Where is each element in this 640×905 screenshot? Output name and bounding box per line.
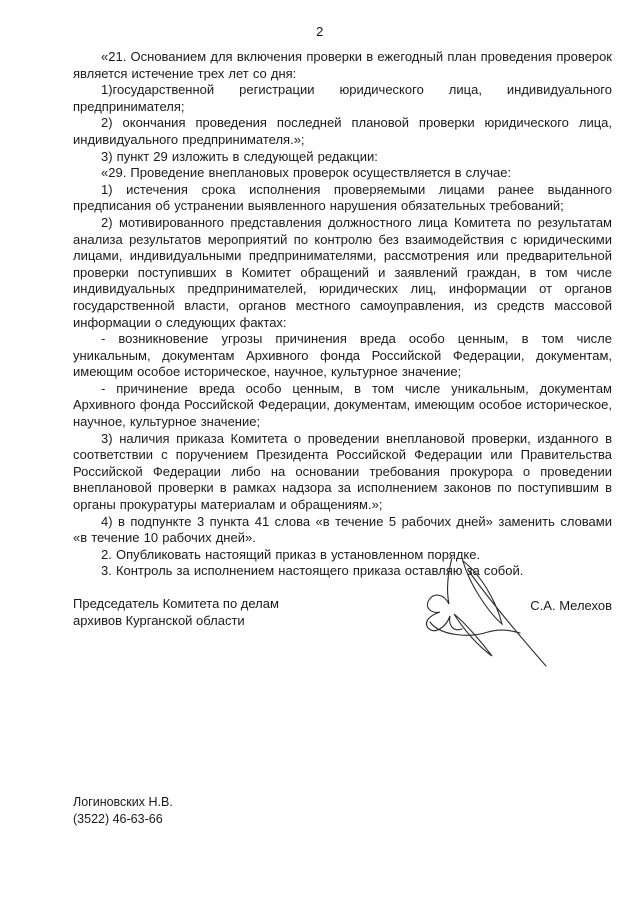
paragraph: 2) окончания проведения последней планов… bbox=[73, 115, 612, 148]
executor-phone: (3522) 46-63-66 bbox=[73, 811, 173, 828]
executor-name: Логиновских Н.В. bbox=[73, 794, 173, 811]
handwritten-signature-icon bbox=[410, 552, 550, 672]
paragraph: - возникновение угрозы причинения вреда … bbox=[73, 331, 612, 381]
document-page: 2 «21. Основанием для включения проверки… bbox=[0, 0, 640, 905]
paragraph: 3) пункт 29 изложить в следующей редакци… bbox=[73, 149, 612, 166]
paragraph: 2) мотивированного представления должнос… bbox=[73, 215, 612, 331]
paragraph: - причинение вреда особо ценным, в том ч… bbox=[73, 381, 612, 431]
page-number: 2 bbox=[0, 24, 640, 39]
executor-contact-block: Логиновских Н.В. (3522) 46-63-66 bbox=[73, 794, 173, 827]
signature-block: Председатель Комитета по делам архивов К… bbox=[73, 596, 612, 716]
paragraph: 4) в подпункте 3 пункта 41 слова «в тече… bbox=[73, 514, 612, 547]
paragraph: «21. Основанием для включения проверки в… bbox=[73, 49, 612, 82]
paragraph: 3) наличия приказа Комитета о проведении… bbox=[73, 431, 612, 514]
signer-name: С.А. Мелехов bbox=[530, 598, 612, 615]
paragraph: 1)государственной регистрации юридическо… bbox=[73, 82, 612, 115]
paragraph: «29. Проведение внеплановых проверок осу… bbox=[73, 165, 612, 182]
document-body: «21. Основанием для включения проверки в… bbox=[73, 49, 612, 580]
paragraph: 1) истечения срока исполнения проверяемы… bbox=[73, 182, 612, 215]
signer-position-title: Председатель Комитета по делам архивов К… bbox=[73, 596, 291, 629]
